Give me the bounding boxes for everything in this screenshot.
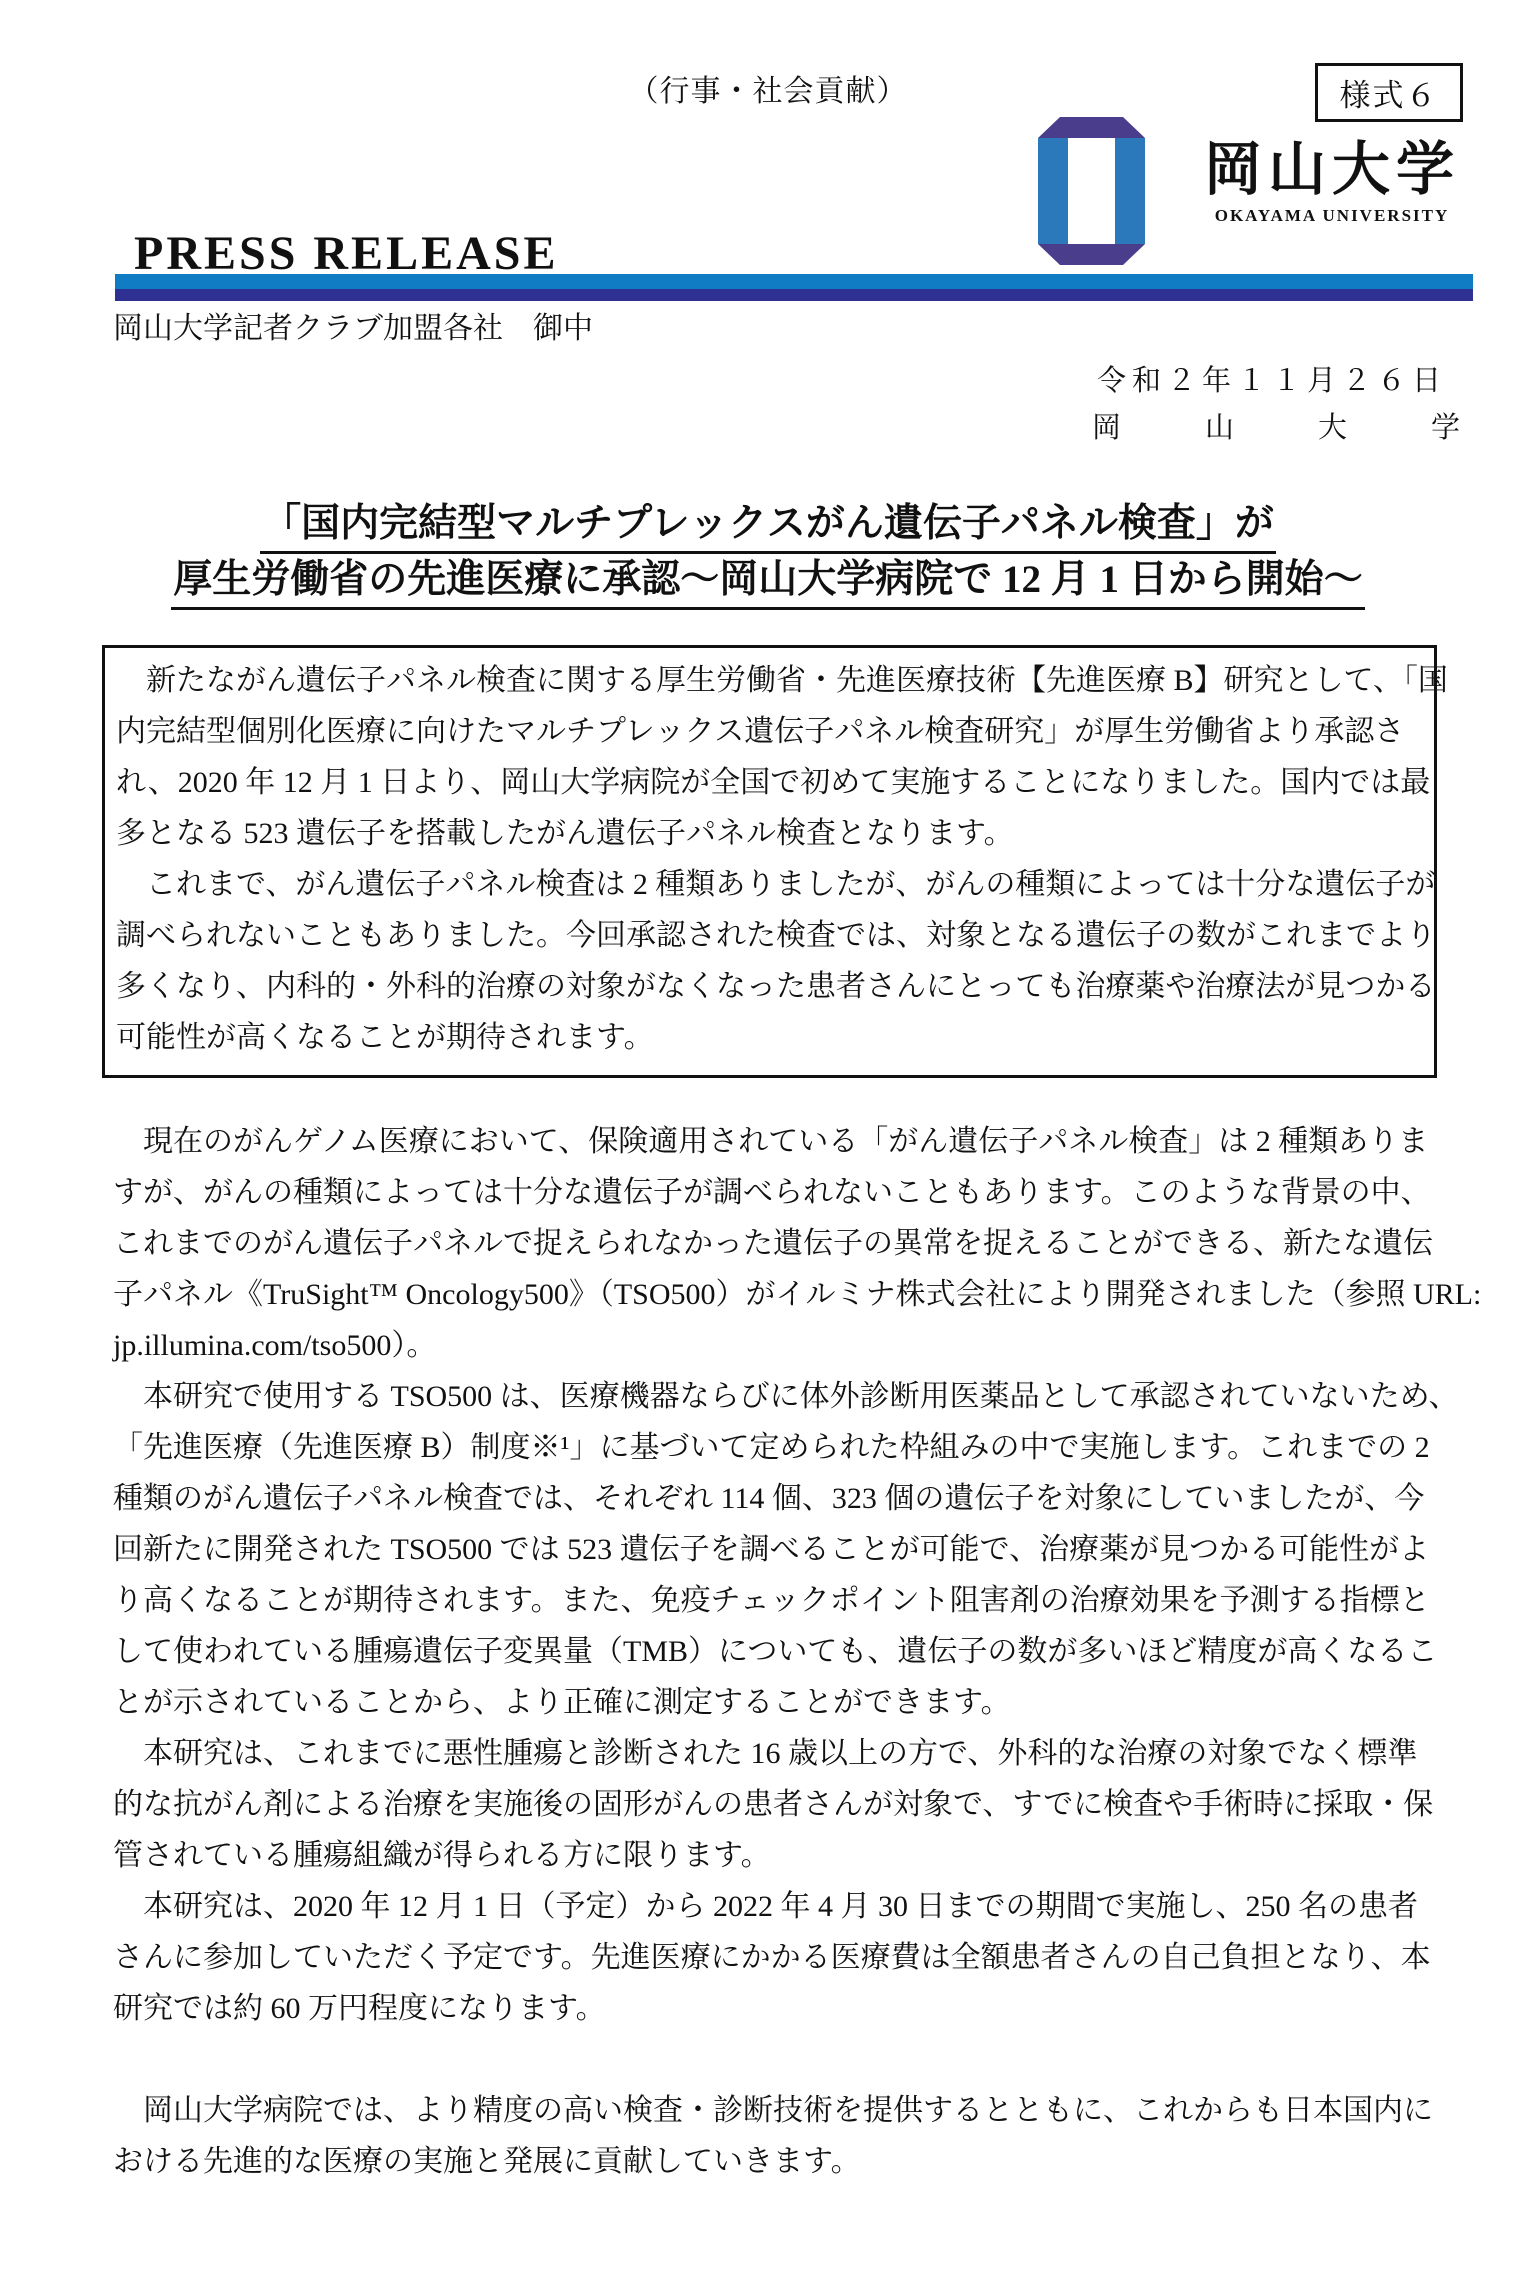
summary-line: これまで、がん遺伝子パネル検査は 2 種類ありましたが、がんの種類によっては十分… xyxy=(116,859,1424,910)
body-line: 岡山大学病院では、より精度の高い検査・診断技術を提供するとともに、これからも日本… xyxy=(113,2085,1463,2136)
sender-char: 山 xyxy=(1205,405,1234,446)
body-line: 種類のがん遺伝子パネル検査では、それぞれ 114 個、323 個の遺伝子を対象に… xyxy=(113,1473,1463,1524)
body-line: とが示されていることから、より正確に測定することができます。 xyxy=(113,1677,1463,1728)
body-line: 管されている腫瘍組織が得られる方に限ります。 xyxy=(113,1830,1463,1881)
body-line: して使われている腫瘍遺伝子変異量（TMB）についても、遺伝子の数が多いほど精度が… xyxy=(113,1626,1463,1677)
document-title: 「国内完結型マルチプレックスがん遺伝子パネル検査」が 厚生労働省の先進医療に承認… xyxy=(0,498,1536,610)
summary-box: 新たながん遺伝子パネル検査に関する厚生労働省・先進医療技術【先進医療 B】研究と… xyxy=(102,645,1437,1078)
divider-stripe-dark xyxy=(115,289,1473,301)
body-text: 現在のがんゲノム医療において、保険適用されている「がん遺伝子パネル検査」は 2 … xyxy=(113,1116,1463,2187)
summary-line: 可能性が高くなることが期待されます。 xyxy=(116,1012,1424,1063)
body-line: さんに参加していただく予定です。先進医療にかかる医療費は全額患者さんの自己負担と… xyxy=(113,1932,1463,1983)
document-title-line-2: 厚生労働省の先進医療に承認～岡山大学病院で 12 月 1 日から開始～ xyxy=(171,554,1365,610)
header-divider-bar xyxy=(115,274,1473,301)
summary-line: 多となる 523 遺伝子を搭載したがん遺伝子パネル検査となります。 xyxy=(116,808,1424,859)
body-line: 本研究は、これまでに悪性腫瘍と診断された 16 歳以上の方で、外科的な治療の対象… xyxy=(113,1728,1463,1779)
body-line: り高くなることが期待されます。また、免疫チェックポイント阻害剤の治療効果を予測す… xyxy=(113,1575,1463,1626)
body-line: 現在のがんゲノム医療において、保険適用されている「がん遺伝子パネル検査」は 2 … xyxy=(113,1116,1463,1167)
body-line: 本研究で使用する TSO500 は、医療機器ならびに体外診断用医薬品として承認さ… xyxy=(113,1371,1463,1422)
date-line: 令和２年１１月２６日 xyxy=(1097,358,1447,399)
summary-line: 調べられないこともありました。今回承認された検査では、対象となる遺伝子の数がこれ… xyxy=(116,910,1424,961)
addressee-line: 岡山大学記者クラブ加盟各社 御中 xyxy=(113,303,593,347)
university-name-en: OKAYAMA UNIVERSITY xyxy=(1192,206,1472,226)
university-logo-icon xyxy=(1038,117,1145,265)
body-line: 「先進医療（先進医療 B）制度※¹」に基づいて定められた枠組みの中で実施します。… xyxy=(113,1422,1463,1473)
body-line: おける先進的な医療の実施と発展に貢献していきます。 xyxy=(113,2136,1463,2187)
summary-line: 新たながん遺伝子パネル検査に関する厚生労働省・先進医療技術【先進医療 B】研究と… xyxy=(116,655,1424,706)
body-line xyxy=(113,2034,1463,2085)
summary-line: 多くなり、内科的・外科的治療の対象がなくなった患者さんにとっても治療薬や治療法が… xyxy=(116,961,1424,1012)
press-release-heading: PRESS RELEASE xyxy=(134,226,558,281)
header-note: （行事・社会貢献） xyxy=(0,66,1536,110)
university-logo-text: 岡山大学 OKAYAMA UNIVERSITY xyxy=(1192,138,1472,226)
body-line: これまでのがん遺伝子パネルで捉えられなかった遺伝子の異常を捉えることができる、新… xyxy=(113,1218,1463,1269)
form-number-box: 様式６ xyxy=(1315,63,1463,122)
body-line: 的な抗がん剤による治療を実施後の固形がんの患者さんが対象で、すでに検査や手術時に… xyxy=(113,1779,1463,1830)
divider-stripe-light xyxy=(115,274,1473,289)
sender-char: 学 xyxy=(1431,405,1460,446)
document-title-line-1: 「国内完結型マルチプレックスがん遺伝子パネル検査」が xyxy=(260,498,1276,554)
form-number-label: 様式６ xyxy=(1340,70,1439,115)
body-line: 研究では約 60 万円程度になります。 xyxy=(113,1983,1463,2034)
sender-char: 大 xyxy=(1318,405,1347,446)
body-line: 子パネル《TruSight™ Oncology500》（TSO500）がイルミナ… xyxy=(113,1269,1463,1320)
body-line: すが、がんの種類によっては十分な遺伝子が調べられないこともあります。このような背… xyxy=(113,1167,1463,1218)
body-line: 本研究は、2020 年 12 月 1 日（予定）から 2022 年 4 月 30… xyxy=(113,1881,1463,1932)
summary-line: れ、2020 年 12 月 1 日より、岡山大学病院が全国で初めて実施することに… xyxy=(116,757,1424,808)
sender-line: 岡山大学 xyxy=(1092,405,1460,446)
sender-char: 岡 xyxy=(1092,405,1121,446)
summary-line: 内完結型個別化医療に向けたマルチプレックス遺伝子パネル検査研究」が厚生労働省より… xyxy=(116,706,1424,757)
body-line: jp.illumina.com/tso500）。 xyxy=(113,1320,1463,1371)
university-name-ja: 岡山大学 xyxy=(1192,138,1472,202)
press-release-page: （行事・社会貢献） 様式６ 岡山大学 OKAYAMA UNIVERSITY PR… xyxy=(0,0,1536,2284)
body-line: 回新たに開発された TSO500 では 523 遺伝子を調べることが可能で、治療… xyxy=(113,1524,1463,1575)
